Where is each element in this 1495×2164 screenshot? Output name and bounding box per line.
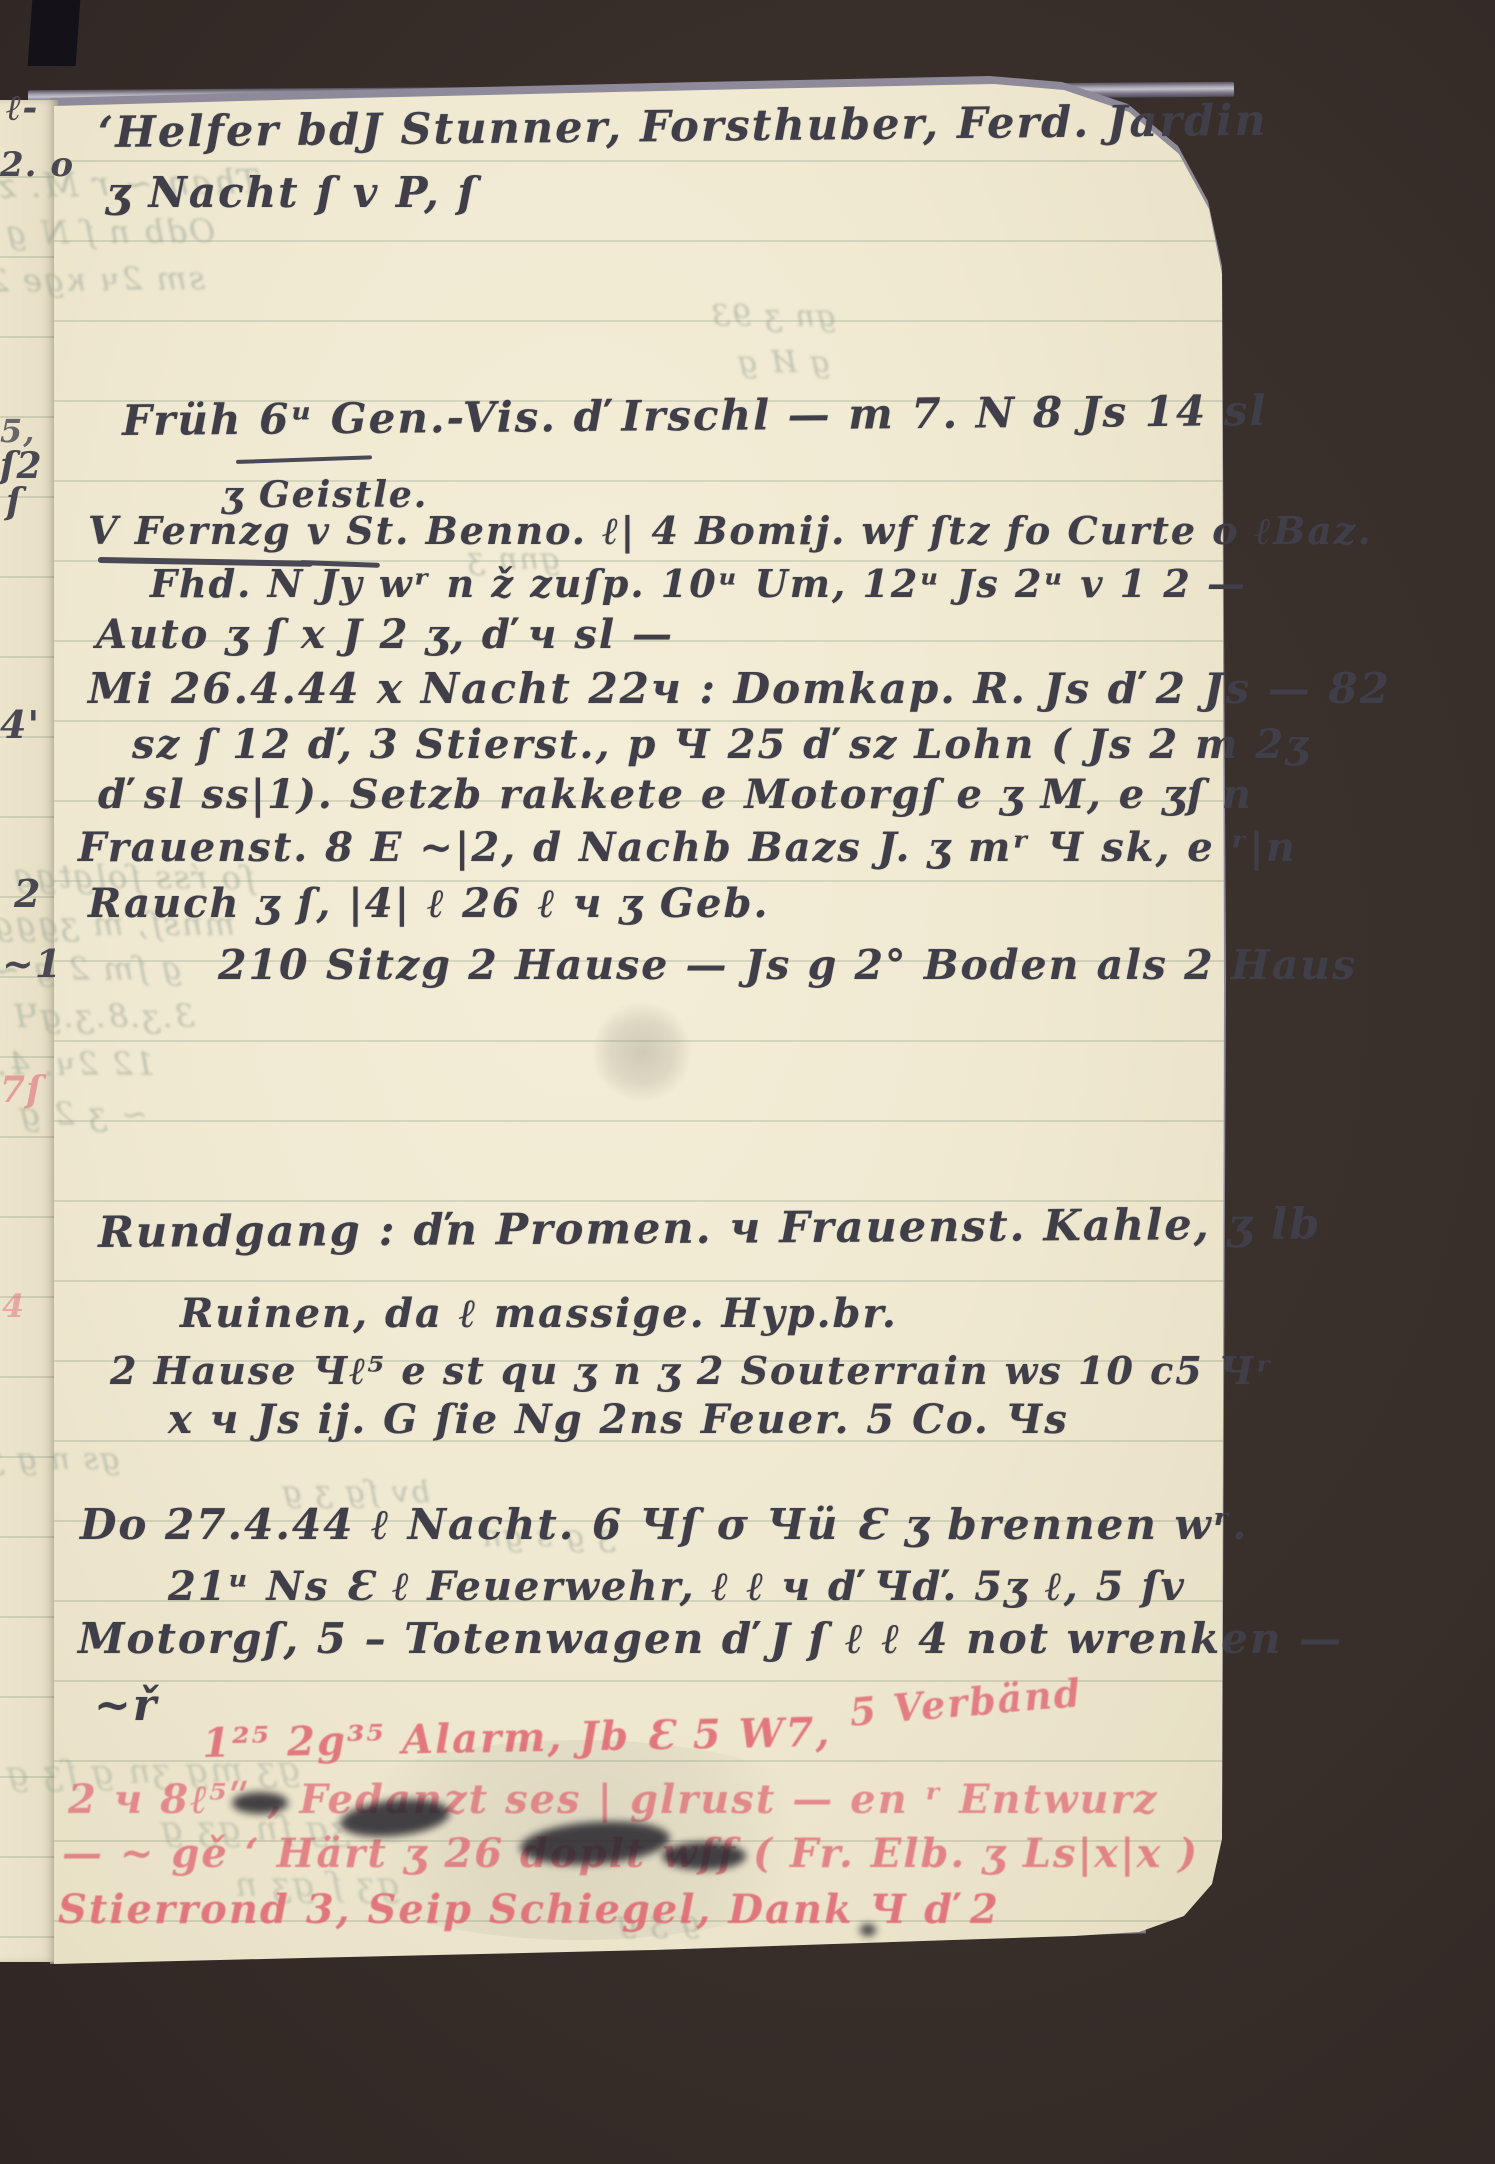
bleedthrough-text: Odb n ſ N g ~ dnfjd g en M fn nm LIT Иŕ [0,215,215,253]
handwriting-line: x ч Js ij. G ſie Ng 2ns Feuer. 5 Co. Чs [168,1400,1069,1440]
margin-fragment: 4 [2,1290,25,1322]
handwriting-line: V Fernzg v St. Benno. ℓ| 4 Bomij. wf ſtz… [88,512,1373,550]
handwriting-line: Früh 6ᵘ Gen.-Vis. ď Irschl — m 7. N 8 Js… [122,390,1268,442]
margin-fragment: 5, [0,415,35,447]
notebook-photo: Than ~ r M. zb v C n ~ ſ einm Rechj gs. … [0,0,1495,2164]
handwriting-line: 2 Hause Чℓ⁵ e st qu ʒ n ʒ 2 Souterrain w… [110,1352,1273,1390]
red-note-line: Stierrond 3, Seip Schiegel, Dank Ч ď 2 [58,1890,1000,1930]
handwriting-line: sz ſ 12 ď, 3 Stierst., p Ч 25 ď sz Lohn … [132,725,1310,765]
handwriting-line: ď sl ss|1). Setzb rakkete e Motorgſ e ʒ … [98,775,1253,815]
margin-fragment: ſ [6,484,23,520]
handwriting-line: 21ᵘ Ns Ɛ ℓ Feuerwehr, ℓ ℓ ч ď Чď. 5ʒ ℓ, … [168,1567,1186,1607]
ink-smudge [232,1792,288,1814]
handwriting-line: Frauenst. 8 E ~|2, d Nachb Bazs J. ʒ mʳ … [78,828,1297,868]
handwriting-line: Fhd. N Jy wʳ n ž zuſp. 10ᵘ Um, 12ᵘ Js 2ᵘ… [150,565,1247,603]
margin-fragment: ℓ- [6,90,38,126]
margin-fragment: 4' [0,706,40,744]
bleedthrough-text: ɡ И ɡ [736,348,830,378]
handwriting-line: Motorgſ, 5 – Totenwagen ď J ſ ℓ ℓ 4 not … [78,1618,1343,1660]
margin-fragment: ſ2 [0,448,43,484]
margin-fragment: ~1 [2,945,62,983]
handwriting-line: Rundgang : ďn Promen. ч Frauenst. Kahle,… [98,1203,1322,1255]
handwriting-line: ʒ Nacht ſ v P, ſ [106,172,477,214]
handwriting-line: ~ř [94,1684,158,1728]
handwriting-line: 210 Sitzg 2 Hause — Js g 2° Boden als 2 … [218,945,1357,986]
ink-smudge [662,1842,746,1870]
handwriting-line: Rauch ʒ ſ, |4| ℓ 26 ℓ ч ʒ Geb. [88,884,769,924]
handwriting-line: Ruinen, da ℓ massige. Hyp.br. [180,1294,898,1334]
margin-fragment: 2 [14,875,41,913]
stain [592,1002,692,1102]
cover-spine-strip [28,0,81,66]
margin-fragment: 2. o [0,148,74,182]
bleedthrough-text: ɡs n ɡ ʒ mn [0,1445,120,1475]
ink-smudge [860,1924,876,1936]
bleedthrough-text: ɡn ʒ 93 [709,302,836,332]
red-note-line: 1²⁵ 2g³⁵ Alarm, Jb Ɛ 5 W7, [202,1713,832,1764]
margin-fragment: 7ſ [0,1072,43,1108]
bleedthrough-text: 3.ʒ.8.ʒ.ɡЧ ɡgs ɡſ. ʒg ɡ ʒ ɡn ~ ſɡ [0,1000,195,1032]
handwriting-line: ʻHelfer bdJ Stunner, Forsthuber, Ferd. J… [98,100,1268,155]
handwriting-line: Auto ʒ ſ x J 2 ʒ, ď ч sl — [96,615,674,655]
handwriting-line: Do 27.4.44 ℓ Nacht. 6 Чſ σ Чü Ɛ ʒ brenne… [80,1504,1249,1546]
handwriting-line: Mi 26.4.44 x Nacht 22ч : Domkap. R. Js ď… [88,668,1391,710]
